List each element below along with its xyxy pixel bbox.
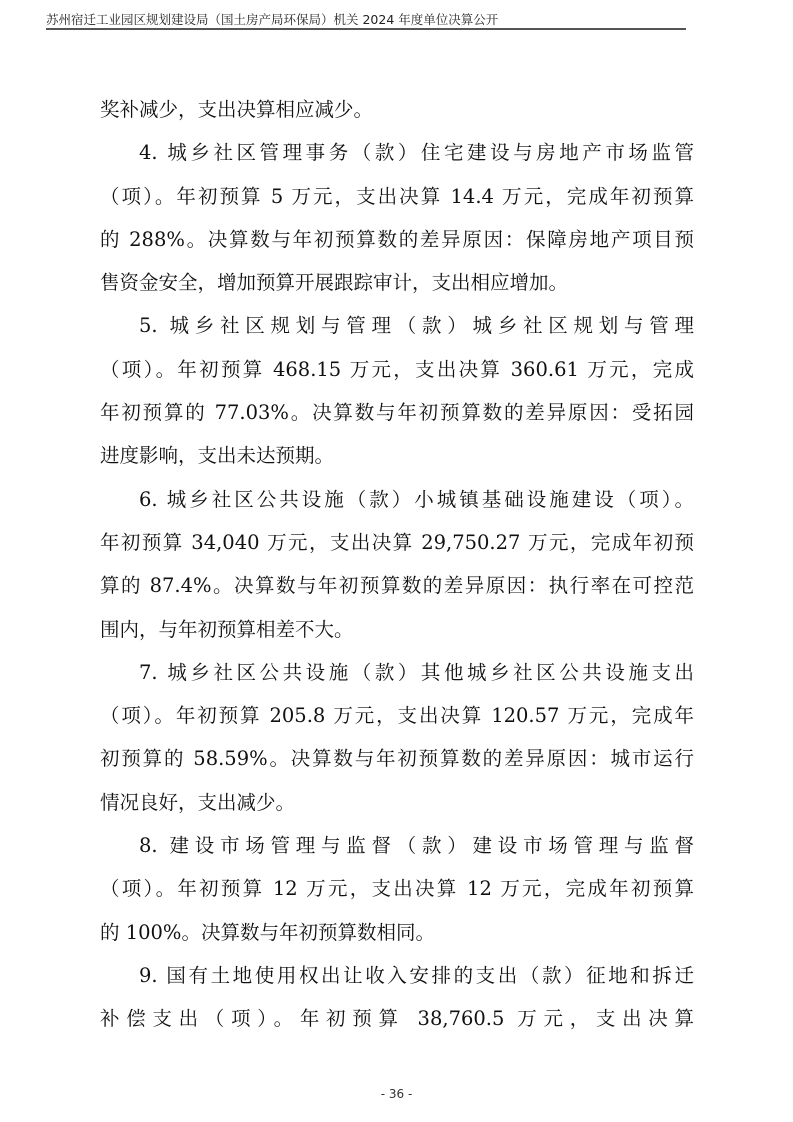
paragraph-6-heading-line: 6. 城乡社区公共设施（款）小城镇基础设施建设（项）。 [100, 478, 694, 521]
paragraph-line: 奖补减少，支出决算相应减少。 [100, 88, 694, 131]
paragraph-line: 售资金安全，增加预算开展跟踪审计，支出相应增加。 [100, 261, 694, 304]
paragraph-line: 年初预算的 77.03%。决算数与年初预算数的差异原因：受拓园 [100, 391, 694, 434]
paragraph-line: 的 288%。决算数与年初预算数的差异原因：保障房地产项目预 [100, 218, 694, 261]
page-number: - 36 - [0, 1087, 793, 1101]
document-header: 苏州宿迁工业园区规划建设局（国土房产局环保局）机关 2024 年度单位决算公开 [46, 10, 498, 28]
paragraph-line: 情况良好，支出减少。 [100, 781, 694, 824]
paragraph-line: 年初预算 34,040 万元，支出决算 29,750.27 万元，完成年初预 [100, 521, 694, 564]
paragraph-line: 的 100%。决算数与年初预算数相同。 [100, 911, 694, 954]
paragraph-line: （项）。年初预算 205.8 万元，支出决算 120.57 万元，完成年 [100, 694, 694, 737]
paragraph-line: （项）。年初预算 12 万元，支出决算 12 万元，完成年初预算 [100, 867, 694, 910]
paragraph-line: 进度影响，支出未达预期。 [100, 434, 694, 477]
paragraph-line: 算的 87.4%。决算数与年初预算数的差异原因：执行率在可控范 [100, 564, 694, 607]
paragraph-8-heading-line: 8. 建设市场管理与监督（款）建设市场管理与监督 [100, 824, 694, 867]
paragraph-line: （项）。年初预算 468.15 万元，支出决算 360.61 万元，完成 [100, 348, 694, 391]
paragraph-line: 补偿支出（项）。年初预算 38,760.5 万元，支出决算 [100, 997, 694, 1040]
paragraph-line: 初预算的 58.59%。决算数与年初预算数的差异原因：城市运行 [100, 737, 694, 780]
paragraph-9-heading-line: 9. 国有土地使用权出让收入安排的支出（款）征地和拆迁 [100, 954, 694, 997]
paragraph-line: （项）。年初预算 5 万元，支出决算 14.4 万元，完成年初预算 [100, 175, 694, 218]
header-divider [46, 28, 686, 30]
paragraph-line: 围内，与年初预算相差不大。 [100, 608, 694, 651]
paragraph-5-heading-line: 5. 城乡社区规划与管理（款）城乡社区规划与管理 [100, 304, 694, 347]
document-body: 奖补减少，支出决算相应减少。 4. 城乡社区管理事务（款）住宅建设与房地产市场监… [100, 88, 694, 1041]
paragraph-7-heading-line: 7. 城乡社区公共设施（款）其他城乡社区公共设施支出 [100, 651, 694, 694]
paragraph-4-heading-line: 4. 城乡社区管理事务（款）住宅建设与房地产市场监管 [100, 131, 694, 174]
